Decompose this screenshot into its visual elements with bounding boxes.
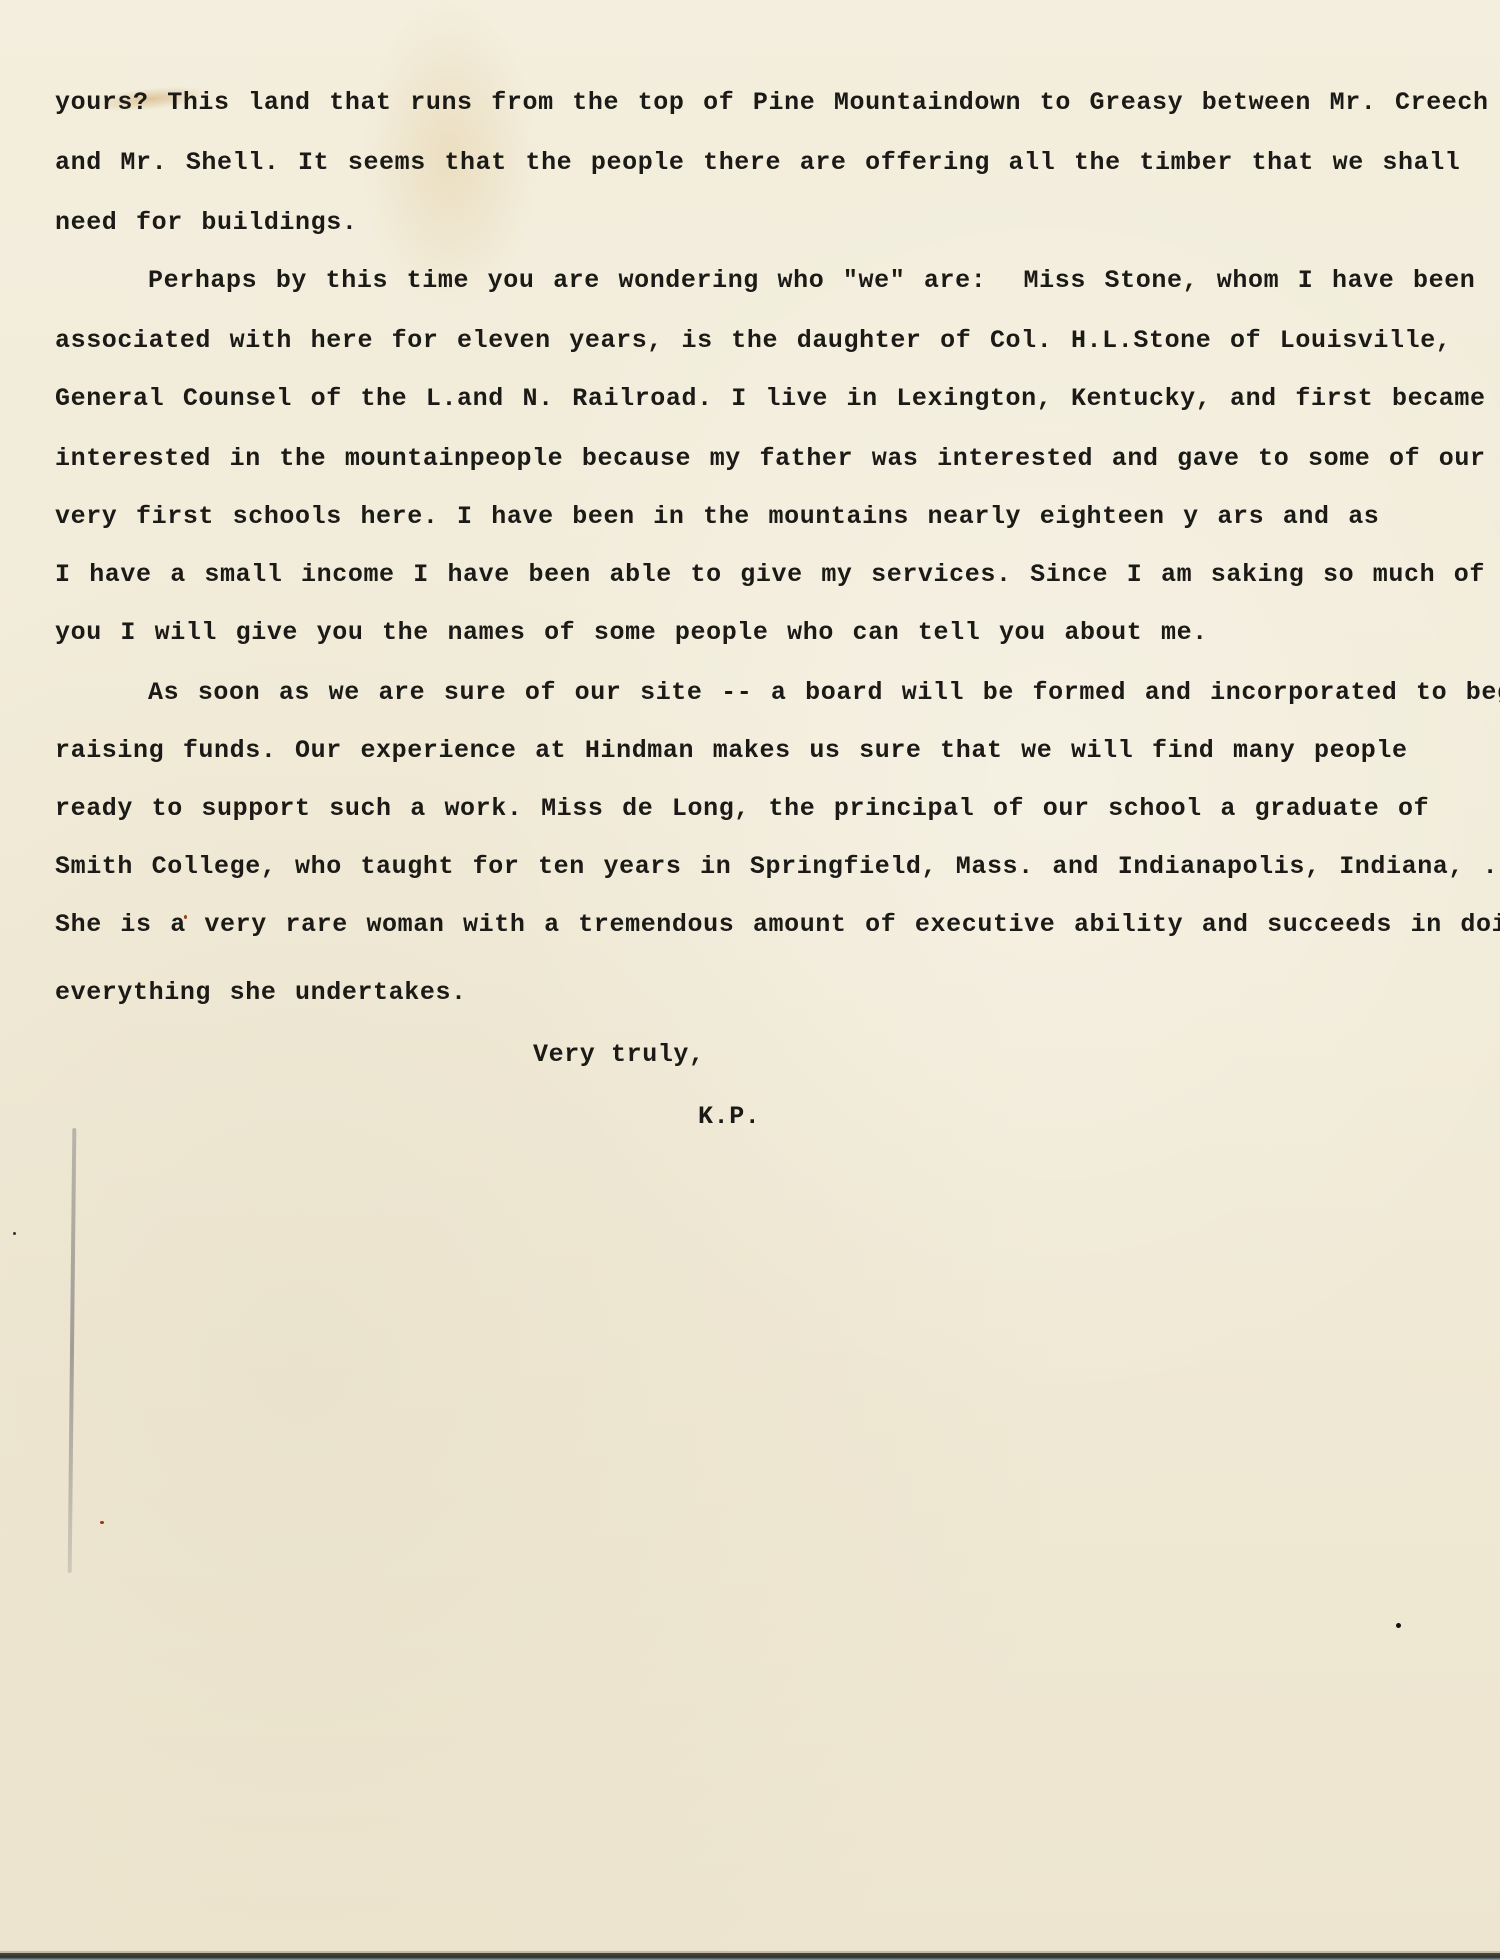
body-line-7: interested in the mountainpeople because…	[55, 444, 1486, 474]
body-line-16: everything she undertakes.	[55, 978, 467, 1008]
body-line-6: General Counsel of the L.and N. Railroad…	[55, 384, 1486, 414]
ink-speck	[1396, 1623, 1401, 1628]
body-line-11: As soon as we are sure of our site -- a …	[55, 678, 1500, 708]
body-line-2: and Mr. Shell. It seems that the people …	[55, 148, 1460, 178]
closing-salutation: Very truly,	[533, 1040, 705, 1069]
signature-initials: K.P.	[698, 1102, 760, 1131]
ink-speck	[13, 1232, 16, 1235]
scan-bottom-edge	[0, 1953, 1500, 1960]
red-speck	[100, 1521, 104, 1524]
body-line-4: Perhaps by this time you are wondering w…	[55, 266, 1475, 296]
body-line-3: need for buildings.	[55, 208, 357, 238]
pencil-margin-mark	[68, 1128, 77, 1573]
body-line-13: ready to support such a work. Miss de Lo…	[55, 794, 1429, 824]
body-line-12: raising funds. Our experience at Hindman…	[55, 736, 1408, 766]
body-line-10: you I will give you the names of some pe…	[55, 618, 1208, 648]
red-speck	[184, 915, 187, 919]
body-line-8: very first schools here. I have been in …	[55, 502, 1379, 532]
body-line-1: yours? This land that runs from the top …	[55, 88, 1489, 118]
body-line-15: She is a very rare woman with a tremendo…	[55, 910, 1500, 940]
body-line-14: Smith College, who taught for ten years …	[55, 852, 1498, 882]
letter-page: yours? This land that runs from the top …	[0, 0, 1500, 1953]
body-line-9: I have a small income I have been able t…	[55, 560, 1485, 590]
body-line-5: associated with here for eleven years, i…	[55, 326, 1451, 356]
